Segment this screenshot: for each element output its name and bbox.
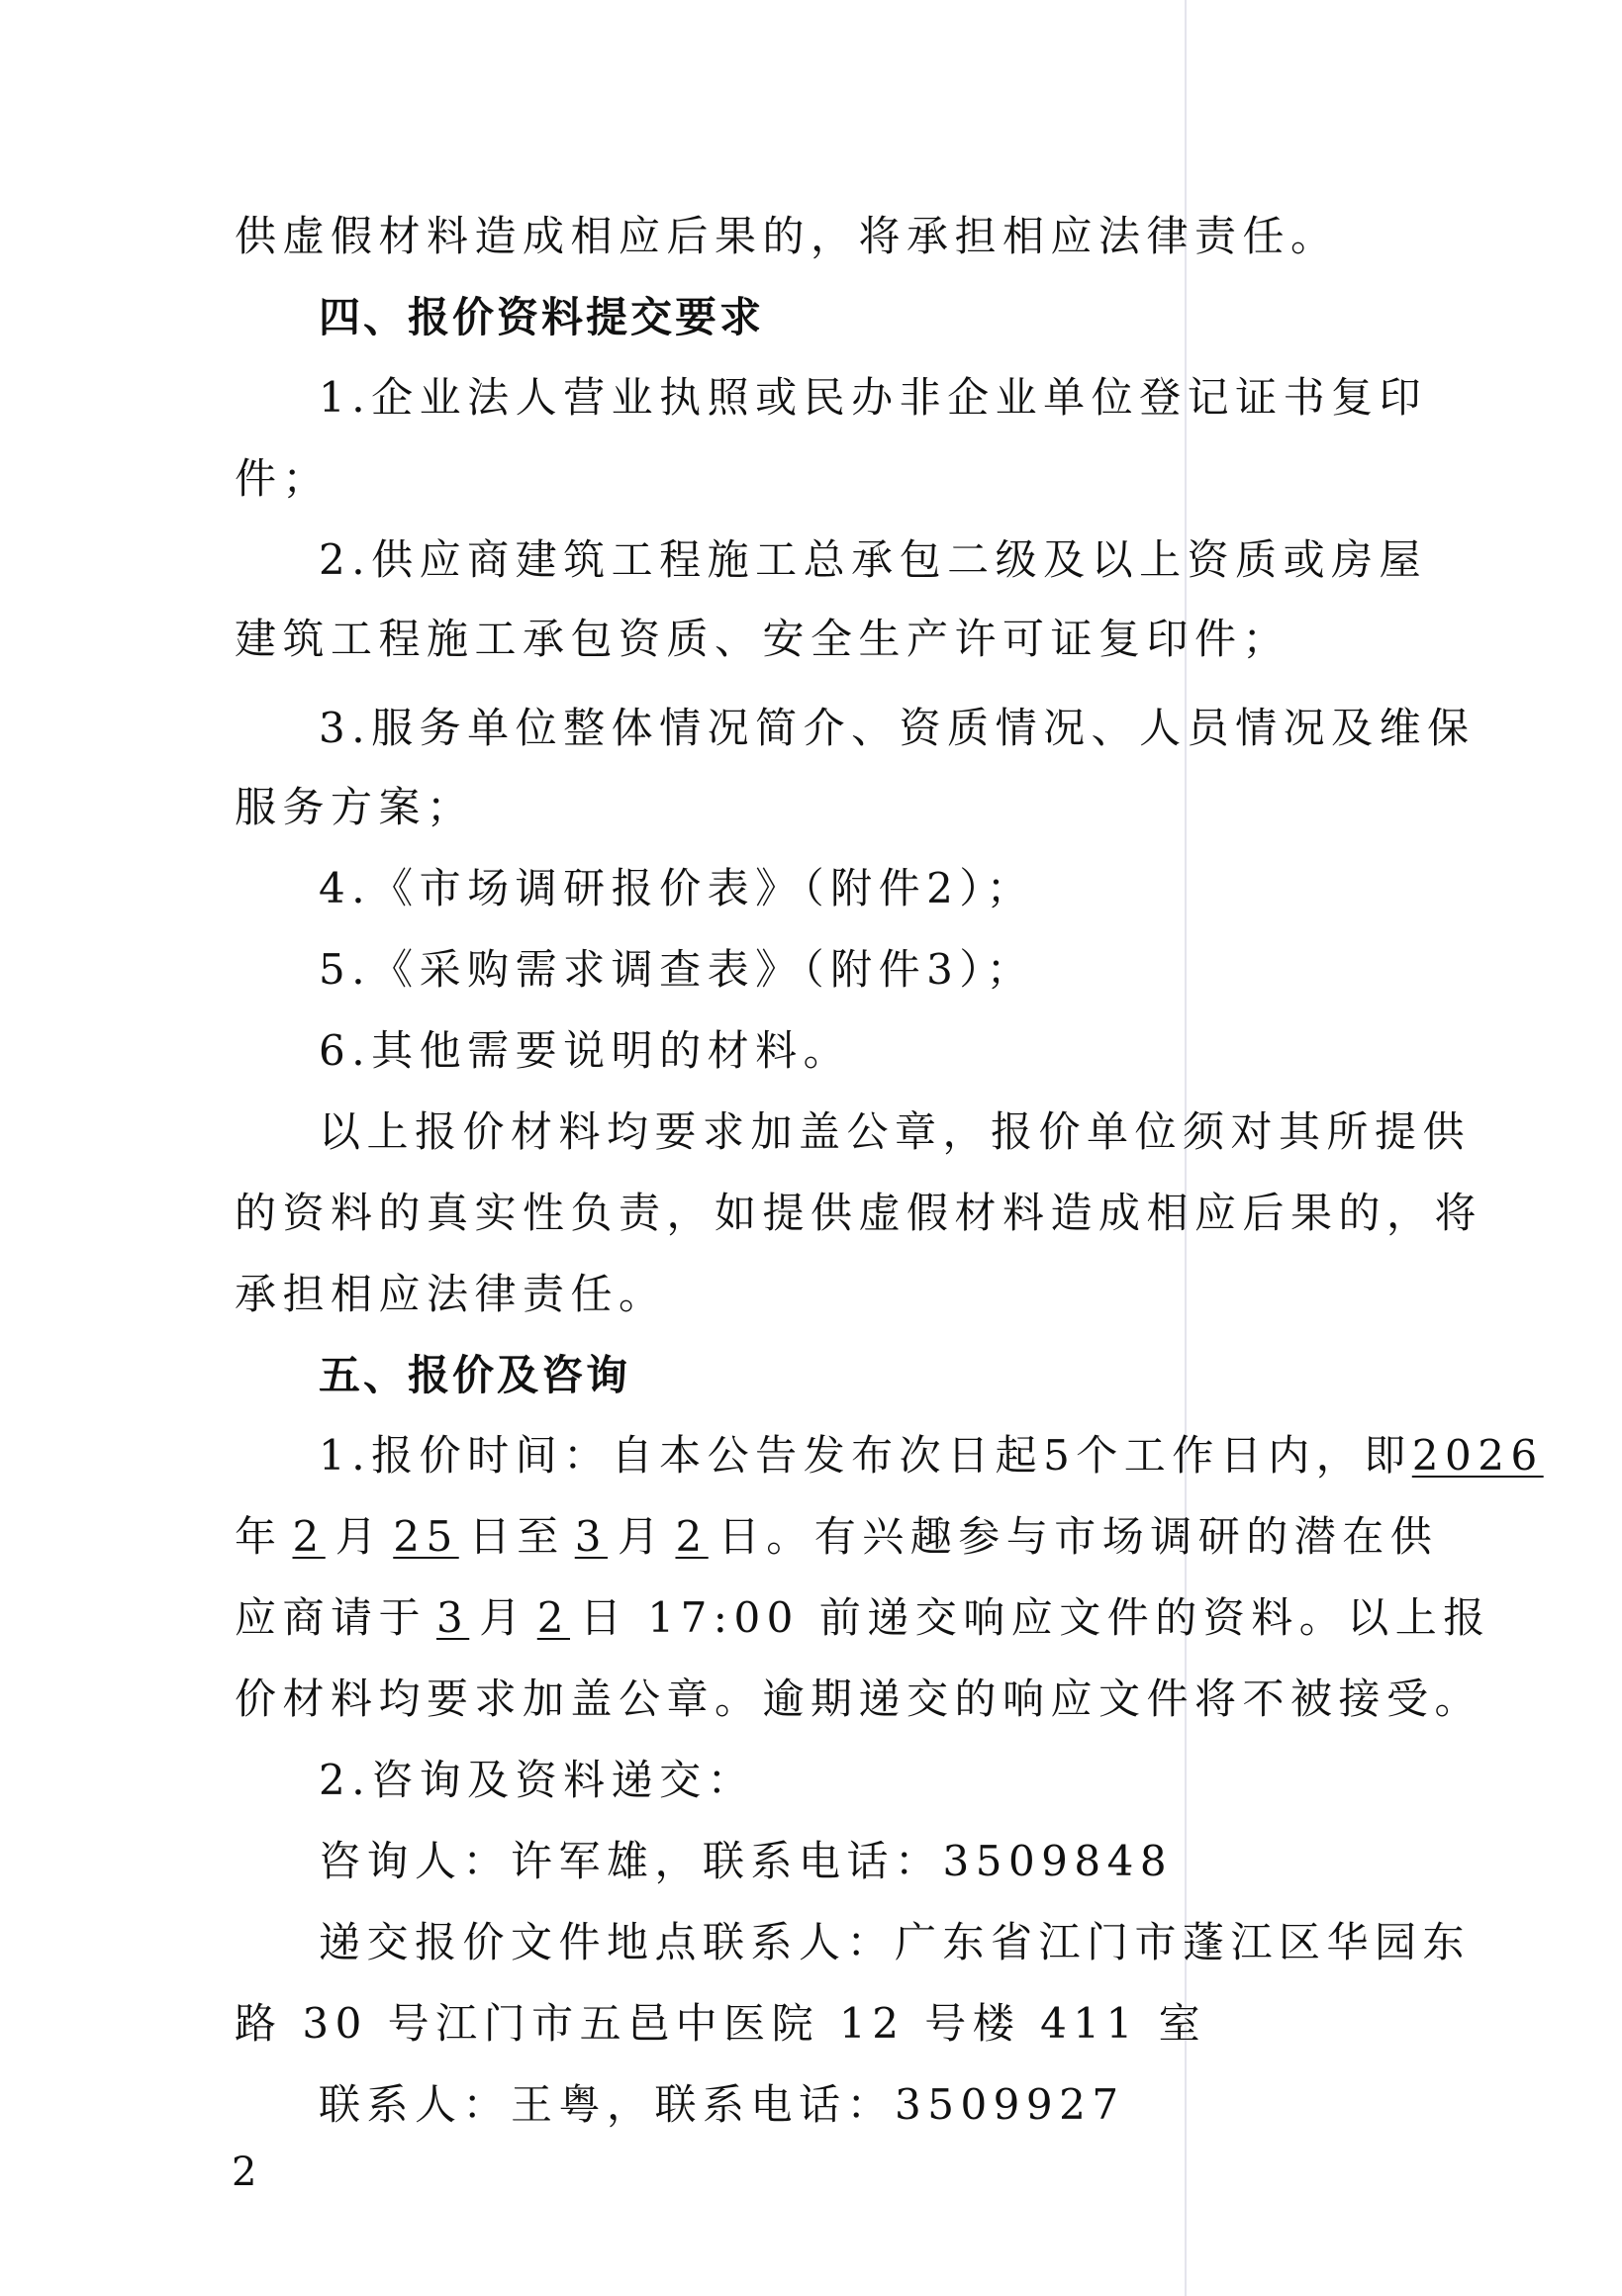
month-label: 月 [335,1512,384,1561]
paragraph-line: 供虚假材料造成相应后果的，将承担相应法律责任。 [235,211,1378,262]
day-to-label: 日至 [469,1512,565,1561]
quote-time-text: 1.报价时间：自本公告发布次日起5个工作日内，即 [319,1431,1412,1480]
deadline-prefix: 应商请于 [235,1593,427,1642]
list-item-2-cont: 建筑工程施工承包资质、安全生产许可证复印件； [235,614,1378,665]
deadline-rest: 日 17:00 前递交响应文件的资料。以上报 [580,1593,1491,1642]
list-item-3-cont: 服务方案； [235,782,1378,833]
list-item-4: 4.《市场调研报价表》（附件2）； [319,863,1378,914]
deadline-month: 3 [427,1593,479,1642]
date-range-rest: 日。有兴趣参与市场调研的潜在供 [718,1512,1439,1561]
section-heading-4: 四、报价资料提交要求 [319,292,1378,343]
start-month: 2 [283,1512,335,1561]
year-value: 2026 [1412,1431,1544,1480]
start-day: 25 [383,1512,468,1561]
deadline-line: 应商请于3月2日 17:00 前递交响应文件的资料。以上报 [235,1592,1378,1644]
paragraph-line: 的资料的真实性负责，如提供虚假材料造成相应后果的，将 [235,1188,1378,1239]
list-item-1: 1.企业法人营业执照或民办非企业单位登记证书复印 [319,372,1378,424]
list-item-5: 5.《采购需求调查表》（附件3）； [319,944,1378,996]
page-number: 2 [232,2148,256,2197]
document-page: 供虚假材料造成相应后果的，将承担相应法律责任。 四、报价资料提交要求 1.企业法… [0,0,1622,2296]
year-suffix: 年 [235,1512,283,1561]
submission-address-cont: 路 30 号江门市五邑中医院 12 号楼 411 室 [235,1998,1378,2050]
consultant-contact: 咨询人：许军雄，联系电话：3509848 [319,1836,1378,1887]
consult-heading: 2.咨询及资料递交： [319,1755,1378,1806]
paragraph-line: 以上报价材料均要求加盖公章，报价单位须对其所提供 [319,1106,1378,1158]
section-heading-5: 五、报价及咨询 [319,1350,1378,1401]
contact-person: 联系人：王粤，联系电话：3509927 [319,2079,1378,2131]
list-item-3: 3.服务单位整体情况简介、资质情况、人员情况及维保 [319,703,1378,754]
month-label: 月 [479,1593,527,1642]
deadline-day: 2 [527,1593,580,1642]
list-item-1-cont: 件； [235,453,1378,505]
paragraph-line: 价材料均要求加盖公章。逾期递交的响应文件将不被接受。 [235,1674,1378,1725]
date-range-line: 年2月25日至3月2日。有兴趣参与市场调研的潜在供 [235,1511,1378,1563]
quote-time-line: 1.报价时间：自本公告发布次日起5个工作日内，即2026 [319,1430,1378,1482]
month-label: 月 [618,1512,666,1561]
submission-address: 递交报价文件地点联系人：广东省江门市蓬江区华园东 [319,1917,1378,1968]
list-item-2: 2.供应商建筑工程施工总承包二级及以上资质或房屋 [319,534,1378,586]
list-item-6: 6.其他需要说明的材料。 [319,1025,1378,1077]
end-day: 2 [665,1512,717,1561]
end-month: 3 [565,1512,618,1561]
paragraph-line: 承担相应法律责任。 [235,1269,1378,1320]
